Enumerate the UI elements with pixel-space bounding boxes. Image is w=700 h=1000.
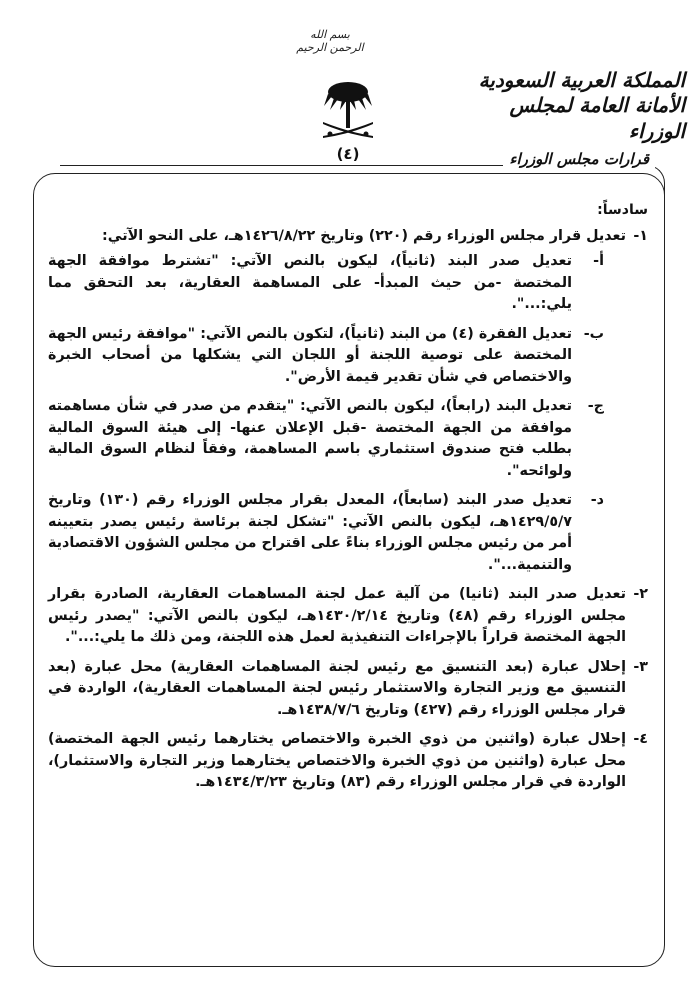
document-body: سادساً: ١- تعديل قرار مجلس الوزراء رقم (…	[48, 200, 648, 802]
item-text: تعديل قرار مجلس الوزراء رقم (٢٢٠) وتاريخ…	[48, 226, 626, 248]
sub-item-letter: أ-	[593, 251, 604, 273]
item-number: ٢-	[633, 584, 648, 606]
list-item-2: ٢- تعديل صدر البند (ثانيا) من آلية عمل ل…	[48, 584, 648, 649]
bismillah-calligraphy: بسم الله الرحمن الرحيم	[295, 28, 365, 54]
letterhead: المملكة العربية السعودية الأمانة العامة …	[455, 68, 685, 144]
sub-item-text: تعديل صدر البند (ثانياً)، ليكون بالنص ال…	[48, 251, 572, 316]
sub-item-text: تعديل الفقرة (٤) من البند (ثانياً)، لتكو…	[48, 324, 572, 389]
sub-item-b: ب- تعديل الفقرة (٤) من البند (ثانياً)، ل…	[48, 324, 604, 389]
item-number: ٤-	[633, 729, 648, 751]
sub-item-d: د- تعديل صدر البند (سابعاً)، المعدل بقرا…	[48, 490, 604, 576]
item-number: ٣-	[633, 657, 648, 679]
item-number: ١-	[633, 226, 648, 248]
sub-item-text: تعديل صدر البند (سابعاً)، المعدل بقرار م…	[48, 490, 572, 576]
item-text: إحلال عبارة (واثنين من ذوي الخبرة والاخت…	[48, 729, 626, 794]
item-text: إحلال عبارة (بعد التنسيق مع رئيس لجنة ال…	[48, 657, 626, 722]
subheading: قرارات مجلس الوزراء	[503, 150, 655, 168]
list-item-1: ١- تعديل قرار مجلس الوزراء رقم (٢٢٠) وتا…	[48, 226, 648, 577]
sub-item-a: أ- تعديل صدر البند (ثانياً)، ليكون بالنص…	[48, 251, 604, 316]
item-text: تعديل صدر البند (ثانيا) من آلية عمل لجنة…	[48, 584, 626, 649]
secretariat-name: الأمانة العامة لمجلس الوزراء	[455, 92, 685, 144]
sub-item-letter: ج-	[588, 396, 604, 418]
kingdom-name: المملكة العربية السعودية	[455, 68, 685, 92]
sub-item-c: ج- تعديل البند (رابعاً)، ليكون بالنص الآ…	[48, 396, 604, 482]
list-item-4: ٤- إحلال عبارة (واثنين من ذوي الخبرة وال…	[48, 729, 648, 794]
page-number: (٤)	[328, 145, 368, 163]
section-title: سادساً:	[48, 200, 648, 222]
sub-item-letter: ب-	[584, 324, 604, 346]
sub-item-text: تعديل البند (رابعاً)، ليكون بالنص الآتي:…	[48, 396, 572, 482]
sub-item-letter: د-	[591, 490, 604, 512]
list-item-3: ٣- إحلال عبارة (بعد التنسيق مع رئيس لجنة…	[48, 657, 648, 722]
